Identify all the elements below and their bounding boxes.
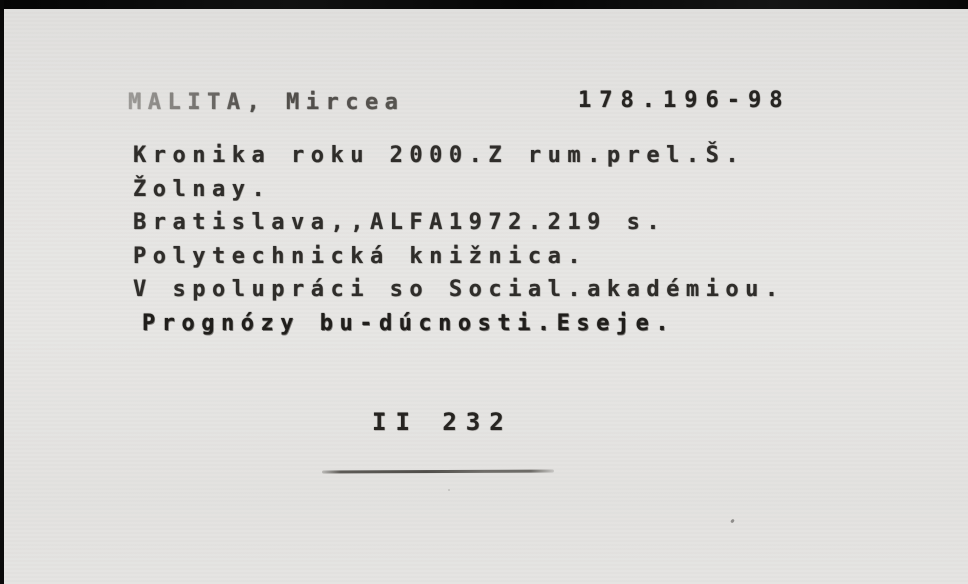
scan-edge-top (0, 0, 968, 9)
author-heading: MALITA, Mircea (128, 90, 404, 115)
series-line: Polytechnická knižnica. (133, 244, 785, 278)
card-body: Kronika roku 2000.Z rum.prel.Š. Žolnay. … (133, 143, 785, 344)
title-line-1: Kronika roku 2000.Z rum.prel.Š. (133, 143, 785, 177)
paper-speck (448, 489, 450, 491)
shelf-mark-underline (322, 469, 554, 473)
paper-speck (730, 519, 735, 524)
title-line-2: Žolnay. (133, 177, 785, 211)
imprint-line: Bratislava,,ALFA1972.219 s. (133, 210, 785, 244)
scan-edge-left (0, 0, 4, 584)
subject-line: Prognózy bu-dúcnosti.Eseje. (133, 311, 785, 345)
call-number: 178.196-98 (578, 88, 790, 113)
catalog-card-scan: MALITA, Mircea 178.196-98 Kronika roku 2… (0, 0, 968, 584)
shelf-mark: II 232 (372, 408, 513, 436)
cooperation-line: V spolupráci so Social.akadémiou. (133, 277, 785, 311)
